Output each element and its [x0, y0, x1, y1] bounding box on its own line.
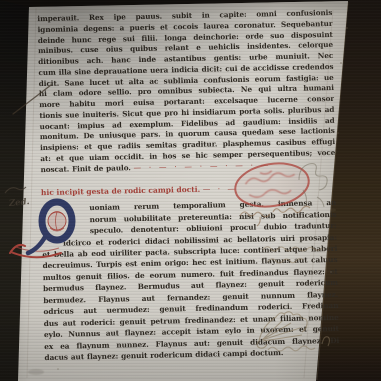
text-block-upper: imperauit. Rex ipe pauus. subit in capit… [37, 0, 336, 175]
rubric-text: hic incipit gesta de rodic campi docti. [41, 185, 200, 197]
rubric-filler: — · — [203, 184, 238, 194]
red-line-filler: — · — · — · — · — · — [133, 160, 270, 172]
text-column: imperauit. Rex ipe pauus. subit in capit… [37, 0, 339, 363]
marginal-note-zed: Zed. [9, 197, 30, 209]
manuscript-photo: imperauit. Rex ipe pauus. subit in capit… [0, 0, 381, 381]
explicit-text: noscat. Finit de paulo. [40, 163, 130, 174]
text-block-historia: Q uoniam rerum temporalium gesta. inmens… [41, 197, 339, 363]
rubric-line: hic incipit gesta de rodic campi docti. … [41, 182, 336, 198]
